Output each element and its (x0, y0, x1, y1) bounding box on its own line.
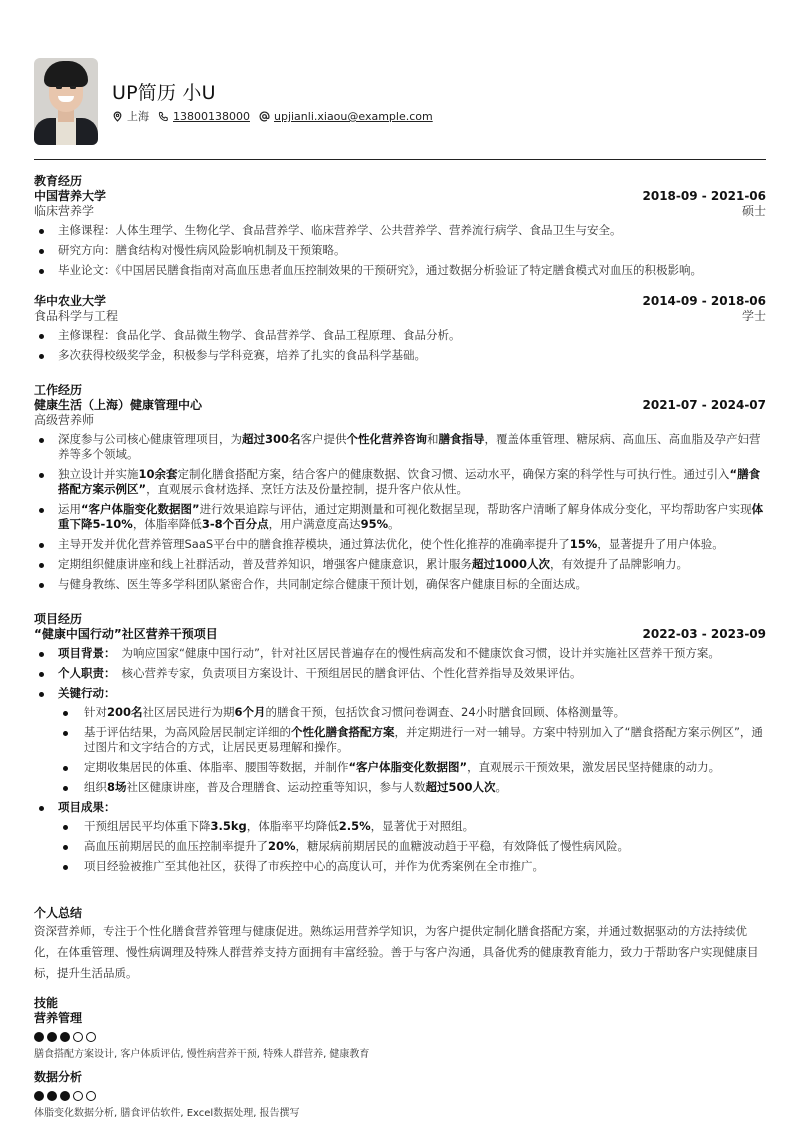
skill-desc: 体脂变化数据分析, 膳食评估软件, Excel数据处理, 报告撰写 (34, 1107, 766, 1120)
section-title: 技能 (34, 996, 766, 1011)
education-entry-head: 华中农业大学 2014-09 - 2018-06 (34, 294, 766, 309)
project-background: 项目背景：为响应国家“健康中国行动”，针对社区居民普遍存在的慢性病高发和不健康饮… (34, 646, 766, 661)
date-range: 2022-03 - 2023-09 (643, 627, 767, 642)
list-item: 独立设计并实施10余套定制化膳食搭配方案，结合客户的健康数据、饮食习惯、运动水平… (34, 467, 766, 497)
level-dot-empty (73, 1032, 83, 1042)
section-title: 工作经历 (34, 383, 766, 398)
skill-level-dots (34, 1032, 766, 1042)
level-dot-filled (47, 1091, 57, 1101)
level-dot-empty (86, 1032, 96, 1042)
education-bullets: 主修课程：食品化学、食品微生物学、食品营养学、食品工程原理、食品分析。 多次获得… (34, 328, 766, 363)
list-item: 定期收集居民的体重、体脂率、腰围等数据，并制作“客户体脂变化数据图”，直观展示干… (58, 760, 766, 775)
candidate-name: UP简历 小U (112, 80, 216, 108)
list-item: 多次获得校级奖学金，积极参与学科竞赛，培养了扎实的食品科学基础。 (34, 348, 766, 363)
date-range: 2018-09 - 2021-06 (643, 189, 767, 204)
level-dot-filled (60, 1032, 70, 1042)
school-name: 中国营养大学 (34, 189, 106, 203)
skill-name: 数据分析 (34, 1070, 766, 1085)
position: 高级营养师 (34, 413, 766, 428)
project-name: “健康中国行动”社区营养干预项目 (34, 627, 218, 641)
phone-link[interactable]: 13800138000 (173, 109, 250, 125)
level-dot-filled (47, 1032, 57, 1042)
work-entry-head: 健康生活（上海）健康管理中心 2021-07 - 2024-07 (34, 398, 766, 413)
section-title: 个人总结 (34, 906, 766, 921)
project-entry-head: “健康中国行动”社区营养干预项目 2022-03 - 2023-09 (34, 627, 766, 642)
resume-header: UP简历 小U 上海 13800138000 upjianli.xiaou@ex… (34, 58, 766, 148)
email-link[interactable]: upjianli.xiaou@example.com (274, 109, 433, 125)
education-entry-2: 华中农业大学 2014-09 - 2018-06 食品科学与工程 学士 主修课程… (34, 294, 766, 368)
list-item: 毕业论文：《中国居民膳食指南对高血压患者血压控制效果的干预研究》，通过数据分析验… (34, 263, 766, 278)
list-item: 基于评估结果，为高风险居民制定详细的个性化膳食搭配方案，并定期进行一对一辅导。方… (58, 725, 766, 755)
skill-desc: 膳食搭配方案设计, 客户体质评估, 慢性病营养干预, 特殊人群营养, 健康教育 (34, 1048, 766, 1061)
phone-icon (158, 111, 169, 122)
location-pin-icon (112, 111, 123, 122)
education-entry-sub: 临床营养学 硕士 (34, 204, 766, 219)
list-item: 定期组织健康讲座和线上社群活动，普及营养知识，增强客户健康意识，累计服务超过10… (34, 557, 766, 572)
list-item: 运用“客户体脂变化数据图”进行效果追踪与评估，通过定期测量和可视化数据呈现，帮助… (34, 502, 766, 532)
major: 食品科学与工程 (34, 309, 118, 323)
work-bullets: 深度参与公司核心健康管理项目，为超过300名客户提供个性化营养咨询和膳食指导，覆… (34, 432, 766, 592)
list-item: 高血压前期居民的血压控制率提升了20%，糖尿病前期居民的血糖波动趋于平稳，有效降… (58, 839, 766, 854)
work-section: 工作经历 健康生活（上海）健康管理中心 2021-07 - 2024-07 高级… (34, 383, 766, 597)
project-bullets: 项目背景：为响应国家“健康中国行动”，针对社区居民普遍存在的慢性病高发和不健康饮… (34, 646, 766, 874)
level-dot-empty (73, 1091, 83, 1101)
list-item: 项目经验被推广至其他社区，获得了市疾控中心的高度认可，并作为优秀案例在全市推广。 (58, 859, 766, 874)
level-dot-filled (60, 1091, 70, 1101)
skills-section: 技能 营养管理 膳食搭配方案设计, 客户体质评估, 慢性病营养干预, 特殊人群营… (34, 996, 766, 1120)
results-list: 干预组居民平均体重下降3.5kg，体脂率平均降低2.5%，显著优于对照组。 高血… (58, 819, 766, 874)
project-results: 项目成果： 干预组居民平均体重下降3.5kg，体脂率平均降低2.5%，显著优于对… (34, 800, 766, 874)
contact-info: 上海 13800138000 upjianli.xiaou@example.co… (112, 109, 442, 125)
degree: 硕士 (742, 204, 766, 219)
level-dot-filled (34, 1091, 44, 1101)
list-item: 主导开发并优化营养管理SaaS平台中的膳食推荐模块，通过算法优化，使个性化推荐的… (34, 537, 766, 552)
major: 临床营养学 (34, 204, 94, 218)
list-item: 主修课程：人体生理学、生物化学、食品营养学、临床营养学、公共营养学、营养流行病学… (34, 223, 766, 238)
education-entry-sub: 食品科学与工程 学士 (34, 309, 766, 324)
project-role: 个人职责：核心营养专家，负责项目方案设计、干预组居民的膳食评估、个性化营养指导及… (34, 666, 766, 681)
avatar-photo (34, 58, 98, 145)
header-divider (34, 159, 766, 160)
actions-list: 针对200名社区居民进行为期6个月的膳食干预，包括饮食习惯问卷调查、24小时膳食… (58, 705, 766, 795)
skill-item: 营养管理 膳食搭配方案设计, 客户体质评估, 慢性病营养干预, 特殊人群营养, … (34, 1011, 766, 1061)
education-entry-head: 中国营养大学 2018-09 - 2021-06 (34, 189, 766, 204)
list-item: 干预组居民平均体重下降3.5kg，体脂率平均降低2.5%，显著优于对照组。 (58, 819, 766, 834)
section-title: 项目经历 (34, 612, 766, 627)
section-title: 教育经历 (34, 174, 766, 189)
location-text: 上海 (127, 109, 149, 125)
skill-item: 数据分析 体脂变化数据分析, 膳食评估软件, Excel数据处理, 报告撰写 (34, 1070, 766, 1120)
summary-text: 资深营养师，专注于个性化膳食营养管理与健康促进。熟练运用营养学知识，为客户提供定… (34, 921, 766, 984)
list-item: 主修课程：食品化学、食品微生物学、食品营养学、食品工程原理、食品分析。 (34, 328, 766, 343)
level-dot-empty (86, 1091, 96, 1101)
education-bullets: 主修课程：人体生理学、生物化学、食品营养学、临床营养学、公共营养学、营养流行病学… (34, 223, 766, 278)
list-item: 组织8场社区健康讲座，普及合理膳食、运动控重等知识，参与人数超过500人次。 (58, 780, 766, 795)
list-item: 与健身教练、医生等多学科团队紧密合作，共同制定综合健康干预计划，确保客户健康目标… (34, 577, 766, 592)
skill-level-dots (34, 1091, 766, 1101)
date-range: 2014-09 - 2018-06 (643, 294, 767, 309)
summary-section: 个人总结 资深营养师，专注于个性化膳食营养管理与健康促进。熟练运用营养学知识，为… (34, 906, 766, 984)
skill-name: 营养管理 (34, 1011, 766, 1026)
list-item: 深度参与公司核心健康管理项目，为超过300名客户提供个性化营养咨询和膳食指导，覆… (34, 432, 766, 462)
date-range: 2021-07 - 2024-07 (643, 398, 767, 413)
degree: 学士 (742, 309, 766, 324)
company-name: 健康生活（上海）健康管理中心 (34, 398, 202, 412)
school-name: 华中农业大学 (34, 294, 106, 308)
project-section: 项目经历 “健康中国行动”社区营养干预项目 2022-03 - 2023-09 … (34, 612, 766, 879)
level-dot-filled (34, 1032, 44, 1042)
project-actions: 关键行动： 针对200名社区居民进行为期6个月的膳食干预，包括饮食习惯问卷调查、… (34, 686, 766, 795)
list-item: 研究方向：膳食结构对慢性病风险影响机制及干预策略。 (34, 243, 766, 258)
list-item: 针对200名社区居民进行为期6个月的膳食干预，包括饮食习惯问卷调查、24小时膳食… (58, 705, 766, 720)
education-section: 教育经历 中国营养大学 2018-09 - 2021-06 临床营养学 硕士 主… (34, 174, 766, 283)
at-sign-icon (259, 111, 270, 122)
